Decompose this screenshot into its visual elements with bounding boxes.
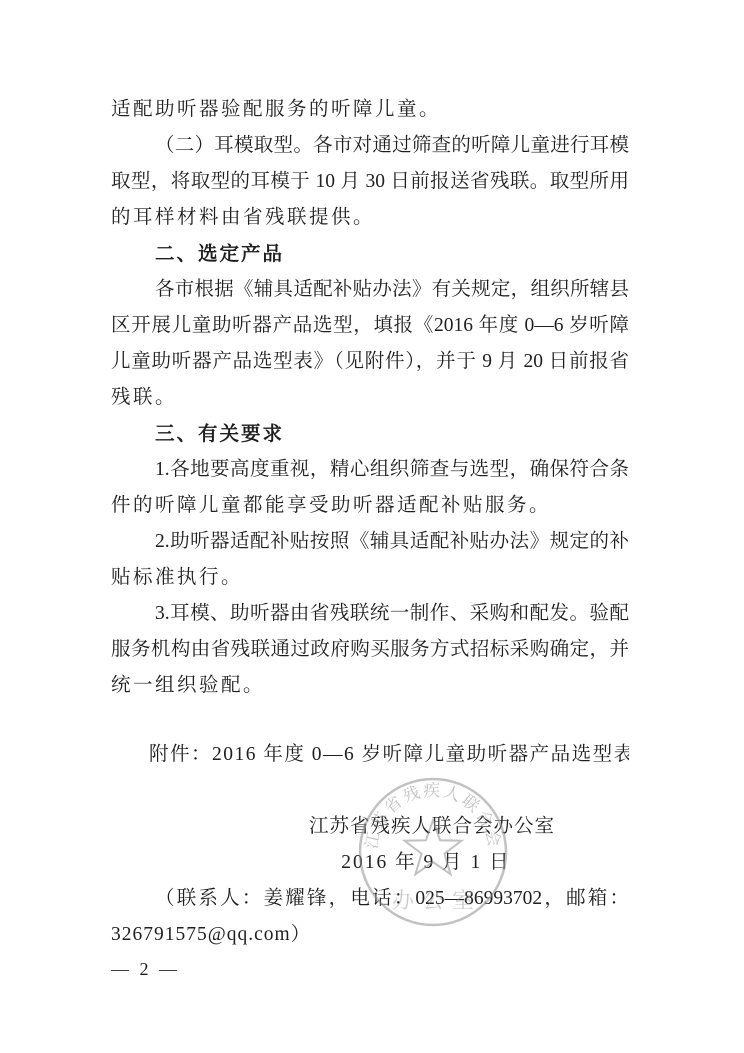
body-line: 1.各地要高度重视，精心组织筛查与选型，确保符合条: [111, 452, 629, 488]
body-line: 2.助听器适配补贴按照《辅具适配补贴办法》规定的补: [111, 524, 629, 560]
body-line: 统一组织验配。: [111, 668, 629, 704]
body-line: 区开展儿童助听器产品选型，填报《2016 年度 0—6 岁听障: [111, 308, 629, 344]
body-line: 的耳样材料由省残联提供。: [111, 200, 629, 236]
body-line: 各市根据《辅具适配补贴办法》有关规定，组织所辖县: [111, 272, 629, 308]
section-heading-2: 二、选定产品: [111, 236, 629, 272]
body-line: 服务机构由省残联通过政府购买服务方式招标采购确定，并: [111, 632, 629, 668]
body-line: 取型，将取型的耳模于 10 月 30 日前报送省残联。取型所用: [111, 164, 629, 200]
scanned-document-page: 适配助听器验配服务的听障儿童。 （二）耳模取型。各市对通过筛查的听障儿童进行耳模…: [0, 0, 744, 1053]
body-line: 贴标准执行。: [111, 560, 629, 596]
signature-date: 2016 年 9 月 1 日: [111, 845, 629, 881]
attachment-line: 附件：2016 年度 0—6 岁听障儿童助听器产品选型表: [111, 737, 629, 773]
signature-org: 江苏省残疾人联合会办公室: [111, 809, 629, 845]
body-line: （二）耳模取型。各市对通过筛查的听障儿童进行耳模: [111, 128, 629, 164]
contact-line: 326791575@qq.com）: [111, 917, 629, 953]
document-body: 适配助听器验配服务的听障儿童。 （二）耳模取型。各市对通过筛查的听障儿童进行耳模…: [111, 92, 629, 981]
contact-line: （联系人：姜耀锋，电话：025—86993702，邮箱：: [111, 881, 629, 917]
body-line: 件的听障儿童都能享受助听器适配补贴服务。: [111, 488, 629, 524]
body-line: 适配助听器验配服务的听障儿童。: [111, 92, 629, 128]
body-line: 残联。: [111, 380, 629, 416]
body-line: 儿童助听器产品选型表》（见附件），并于 9 月 20 日前报省: [111, 344, 629, 380]
page-number: — 2 —: [111, 957, 629, 981]
section-heading-3: 三、有关要求: [111, 416, 629, 452]
body-line: 3.耳模、助听器由省残联统一制作、采购和配发。验配: [111, 596, 629, 632]
